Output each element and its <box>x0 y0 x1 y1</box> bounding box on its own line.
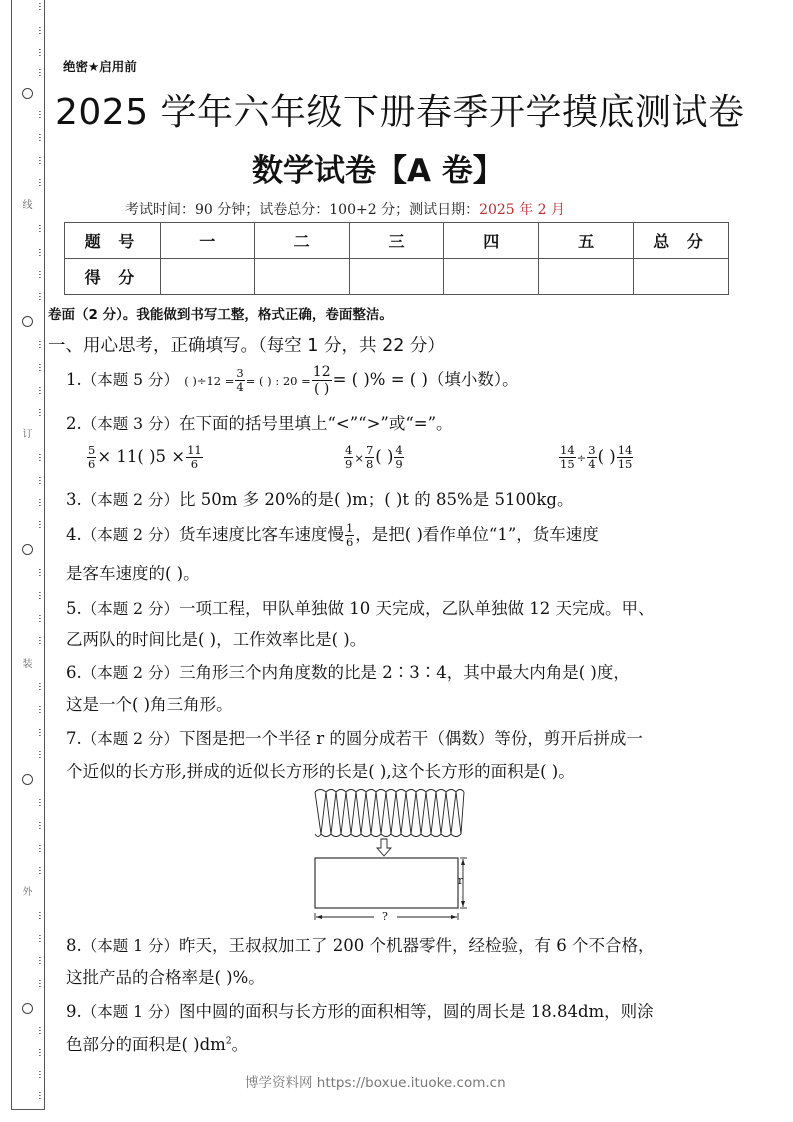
score-cell-5[interactable] <box>539 259 634 295</box>
q1-part-c: = ( )% = ( )（填小数）。 <box>333 370 519 389</box>
question-number: 6. <box>66 663 82 682</box>
dotted-line: ⋯ <box>12 363 43 372</box>
circle-to-rectangle-figure: r ? <box>312 786 472 926</box>
section-1-title: 一、用心思考，正确填写。（每空 1 分，共 22 分） <box>48 332 445 357</box>
fraction: 1415 <box>617 444 634 471</box>
question-2: 2.（本题 3 分）在下面的括号里填上“<”“>”或“=”。 <box>66 410 453 434</box>
question-1: 1.（本题 5 分） ( )÷12 =34= ( ) : 20 =12( )= … <box>66 364 519 397</box>
column-header-3: 三 <box>349 223 444 259</box>
dotted-line: ⋯ <box>12 270 43 279</box>
dotted-line: ⋯ <box>12 453 43 462</box>
score-cell-2[interactable] <box>254 259 349 295</box>
dotted-line: ⋯ <box>12 568 43 577</box>
column-header-5: 五 <box>539 223 634 259</box>
question-text: 货车速度比客车速度慢 <box>179 525 344 544</box>
dotted-line: ⋯ <box>12 844 43 853</box>
dotted-line: ⋯ <box>12 248 43 257</box>
operator: ÷ <box>577 451 587 465</box>
column-header-4: 四 <box>444 223 539 259</box>
score-table-header-row: 题 号 一 二 三 四 五 总 分 <box>65 223 729 259</box>
q2-comparison-1: 56× 11( )5 ×116 <box>86 444 204 471</box>
dotted-line: ⋯ <box>12 292 43 301</box>
dotted-line: ⋯ <box>12 498 43 507</box>
fraction: 49 <box>394 444 403 471</box>
column-header-1: 一 <box>160 223 254 259</box>
fraction: 116 <box>186 444 203 471</box>
dotted-line: ⋯ <box>12 911 43 920</box>
fraction: 16 <box>345 522 354 549</box>
dotted-line: ⋯ <box>12 636 43 645</box>
question-points: （本题 2 分） <box>82 664 179 682</box>
score-cell-total[interactable] <box>634 259 729 295</box>
dotted-line: ⋯ <box>12 26 43 35</box>
score-cell-3[interactable] <box>349 259 444 295</box>
question-text: 比 50m 多 20%的是( )m；( )t 的 85%是 5100kg。 <box>179 490 574 509</box>
dotted-line: ⋯ <box>12 1091 43 1100</box>
dotted-line: ⋯ <box>12 682 43 691</box>
exam-date: 2025 年 2 月 <box>479 202 565 218</box>
question-text: 图中圆的面积与长方形的面积相等，圆的周长是 18.84dm，则涂 <box>179 1002 654 1021</box>
column-header-total: 总 分 <box>634 223 729 259</box>
dotted-line: ⋯ <box>12 133 43 142</box>
exam-subtitle: 数学试卷【A 卷】 <box>252 145 504 190</box>
period: 。 <box>232 1035 249 1054</box>
question-points: （本题 2 分） <box>82 526 179 544</box>
length-label: ? <box>382 910 388 923</box>
question-8-line-2: 这批产品的合格率是( )%。 <box>66 964 265 988</box>
row-header-question-no: 题 号 <box>65 223 161 259</box>
dotted-line: ⋯ <box>12 798 43 807</box>
dotted-line: ⋯ <box>12 821 43 830</box>
exam-title: 2025 学年六年级下册春季开学摸底测试卷 <box>55 84 745 135</box>
score-table-score-row: 得 分 <box>65 259 729 295</box>
question-points: （本题 2 分） <box>82 600 179 618</box>
question-6: 6.（本题 2 分）三角形三个内角度数的比是 2∶3∶4，其中最大内角是( )度… <box>66 659 630 683</box>
question-points: （本题 1 分） <box>82 937 179 955</box>
question-text: 一项工程，甲队单独做 10 天完成，乙队单独做 12 天完成。甲、 <box>179 599 654 618</box>
binding-circle-icon <box>12 774 43 785</box>
question-points: （本题 2 分） <box>82 491 179 509</box>
q2-comparison-3: 1415÷34( )1415 <box>558 444 634 471</box>
operator: × <box>354 451 364 465</box>
exam-info-text: 考试时间：90 分钟；试卷总分：100+2 分；测试日期： <box>125 202 479 218</box>
question-6-line-2: 这是一个( )角三角形。 <box>66 691 233 715</box>
q1-fraction-1: 34 <box>235 367 244 394</box>
exam-info: 考试时间：90 分钟；试卷总分：100+2 分；测试日期：2025 年 2 月 <box>125 199 565 219</box>
question-text: 在下面的括号里填上“<”“>”或“=”。 <box>179 414 453 433</box>
question-number: 7. <box>66 729 82 748</box>
dotted-line: ⋯ <box>12 591 43 600</box>
q2-comparison-2: 49×78( )49 <box>343 444 405 471</box>
fraction: 34 <box>587 444 596 471</box>
comparison-blank: ( ) <box>598 447 616 466</box>
confidential-label: 绝密★启用前 <box>63 57 137 75</box>
dotted-line: ⋯ <box>12 476 43 485</box>
question-text: ，是把( )看作单位“1”，货车速度 <box>355 525 599 544</box>
question-number: 4. <box>66 525 82 544</box>
dotted-line: ⋯ <box>12 728 43 737</box>
question-points: （本题 5 分） <box>82 371 179 389</box>
question-number: 9. <box>66 1002 82 1021</box>
question-text: 三角形三个内角度数的比是 2∶3∶4，其中最大内角是( )度， <box>179 663 630 682</box>
question-3: 3.（本题 2 分）比 50m 多 20%的是( )m；( )t 的 85%是 … <box>66 486 574 510</box>
dotted-line: ⋯ <box>12 614 43 623</box>
dotted-line: ⋯ <box>12 520 43 529</box>
height-label: r <box>458 874 463 887</box>
question-5-line-2: 乙两队的时间比是( )，工作效率比是( )。 <box>66 626 366 650</box>
q1-part-b: = ( ) : 20 = <box>246 374 311 388</box>
question-number: 3. <box>66 490 82 509</box>
dotted-line: ⋯ <box>12 750 43 759</box>
dotted-line: ⋯ <box>12 68 43 77</box>
dotted-line: ⋯ <box>12 224 43 233</box>
sectors-diagram <box>312 786 472 926</box>
question-8: 8.（本题 1 分）昨天，王叔叔加工了 200 个机器零件，经检验，有 6 个不… <box>66 932 654 956</box>
score-table: 题 号 一 二 三 四 五 总 分 得 分 <box>64 222 729 295</box>
score-cell-4[interactable] <box>444 259 539 295</box>
comparison-blank: ( ) <box>375 447 393 466</box>
question-number: 8. <box>66 936 82 955</box>
dotted-line: ⋯ <box>12 956 43 965</box>
question-points: （本题 2 分） <box>82 730 179 748</box>
score-cell-1[interactable] <box>160 259 254 295</box>
dotted-line: ⋯ <box>12 340 43 349</box>
question-9: 9.（本题 1 分）图中圆的面积与长方形的面积相等，圆的周长是 18.84dm，… <box>66 998 654 1022</box>
binding-label-wai: 外 <box>12 888 43 898</box>
fraction: 49 <box>344 444 353 471</box>
fraction: 78 <box>365 444 374 471</box>
question-number: 1. <box>66 370 82 389</box>
question-text: 下图是把一个半径 r 的圆分成若干（偶数）等份，剪开后拼成一 <box>179 729 643 748</box>
dotted-line: ⋯ <box>12 1048 43 1057</box>
dotted-line: ⋯ <box>12 110 43 119</box>
neatness-note: 卷面（2 分）。我能做到书写工整，格式正确，卷面整洁。 <box>48 303 393 323</box>
dotted-line: ⋯ <box>12 48 43 57</box>
question-number: 5. <box>66 599 82 618</box>
dotted-line: ⋯ <box>12 1026 43 1035</box>
binding-label-xian: 线 <box>12 201 43 211</box>
question-7: 7.（本题 2 分）下图是把一个半径 r 的圆分成若干（偶数）等份，剪开后拼成一 <box>66 725 643 749</box>
binding-circle-icon <box>12 544 43 555</box>
question-text: 色部分的面积是( )dm <box>66 1035 226 1054</box>
dotted-line: ⋯ <box>12 1070 43 1079</box>
dotted-line: ⋯ <box>12 386 43 395</box>
dotted-line: ⋯ <box>12 178 43 187</box>
binding-circle-icon <box>12 88 43 99</box>
question-9-line-2: 色部分的面积是( )dm2。 <box>66 1031 248 1055</box>
dotted-line: ⋯ <box>12 866 43 875</box>
footer-watermark: 博学资料网 https://boxue.ituoke.com.cn <box>245 1071 506 1091</box>
question-points: （本题 1 分） <box>82 1003 179 1021</box>
dotted-line: ⋯ <box>12 934 43 943</box>
binding-margin: ⋯ ⋯ ⋯ ⋯ ⋯ ⋯ ⋯ ⋯ 线 ⋯ ⋯ ⋯ ⋯ ⋯ ⋯ ⋯ ⋯ 订 ⋯ ⋯ … <box>11 0 45 1110</box>
question-number: 2. <box>66 414 82 433</box>
row-header-score: 得 分 <box>65 259 161 295</box>
question-text: 昨天，王叔叔加工了 200 个机器零件，经检验，有 6 个不合格， <box>179 936 654 955</box>
question-7-line-2: 个近似的长方形,拼成的近似长方形的长是( ),这个长方形的面积是( )。 <box>66 758 575 782</box>
comparison-blank: × 11( )5 × <box>97 447 185 466</box>
binding-circle-icon <box>12 316 43 327</box>
dotted-line: ⋯ <box>12 979 43 988</box>
fraction: 1415 <box>559 444 576 471</box>
question-5: 5.（本题 2 分）一项工程，甲队单独做 10 天完成，乙队单独做 12 天完成… <box>66 595 654 619</box>
binding-label-ding: 订 <box>12 430 43 440</box>
binding-circle-icon <box>12 1003 43 1014</box>
question-points: （本题 3 分） <box>82 415 179 433</box>
fraction: 56 <box>87 444 96 471</box>
dotted-line: ⋯ <box>12 2 43 11</box>
dotted-line: ⋯ <box>12 408 43 417</box>
q1-fraction-2: 12( ) <box>312 364 332 397</box>
question-4: 4.（本题 2 分）货车速度比客车速度慢16，是把( )看作单位“1”，货车速度 <box>66 521 599 549</box>
column-header-2: 二 <box>254 223 349 259</box>
q1-part-a: ( )÷12 = <box>184 374 234 388</box>
dotted-line: ⋯ <box>12 705 43 714</box>
dotted-line: ⋯ <box>12 156 43 165</box>
question-4-line-2: 是客车速度的( )。 <box>66 560 200 584</box>
binding-label-zhuang: 装 <box>12 660 43 670</box>
